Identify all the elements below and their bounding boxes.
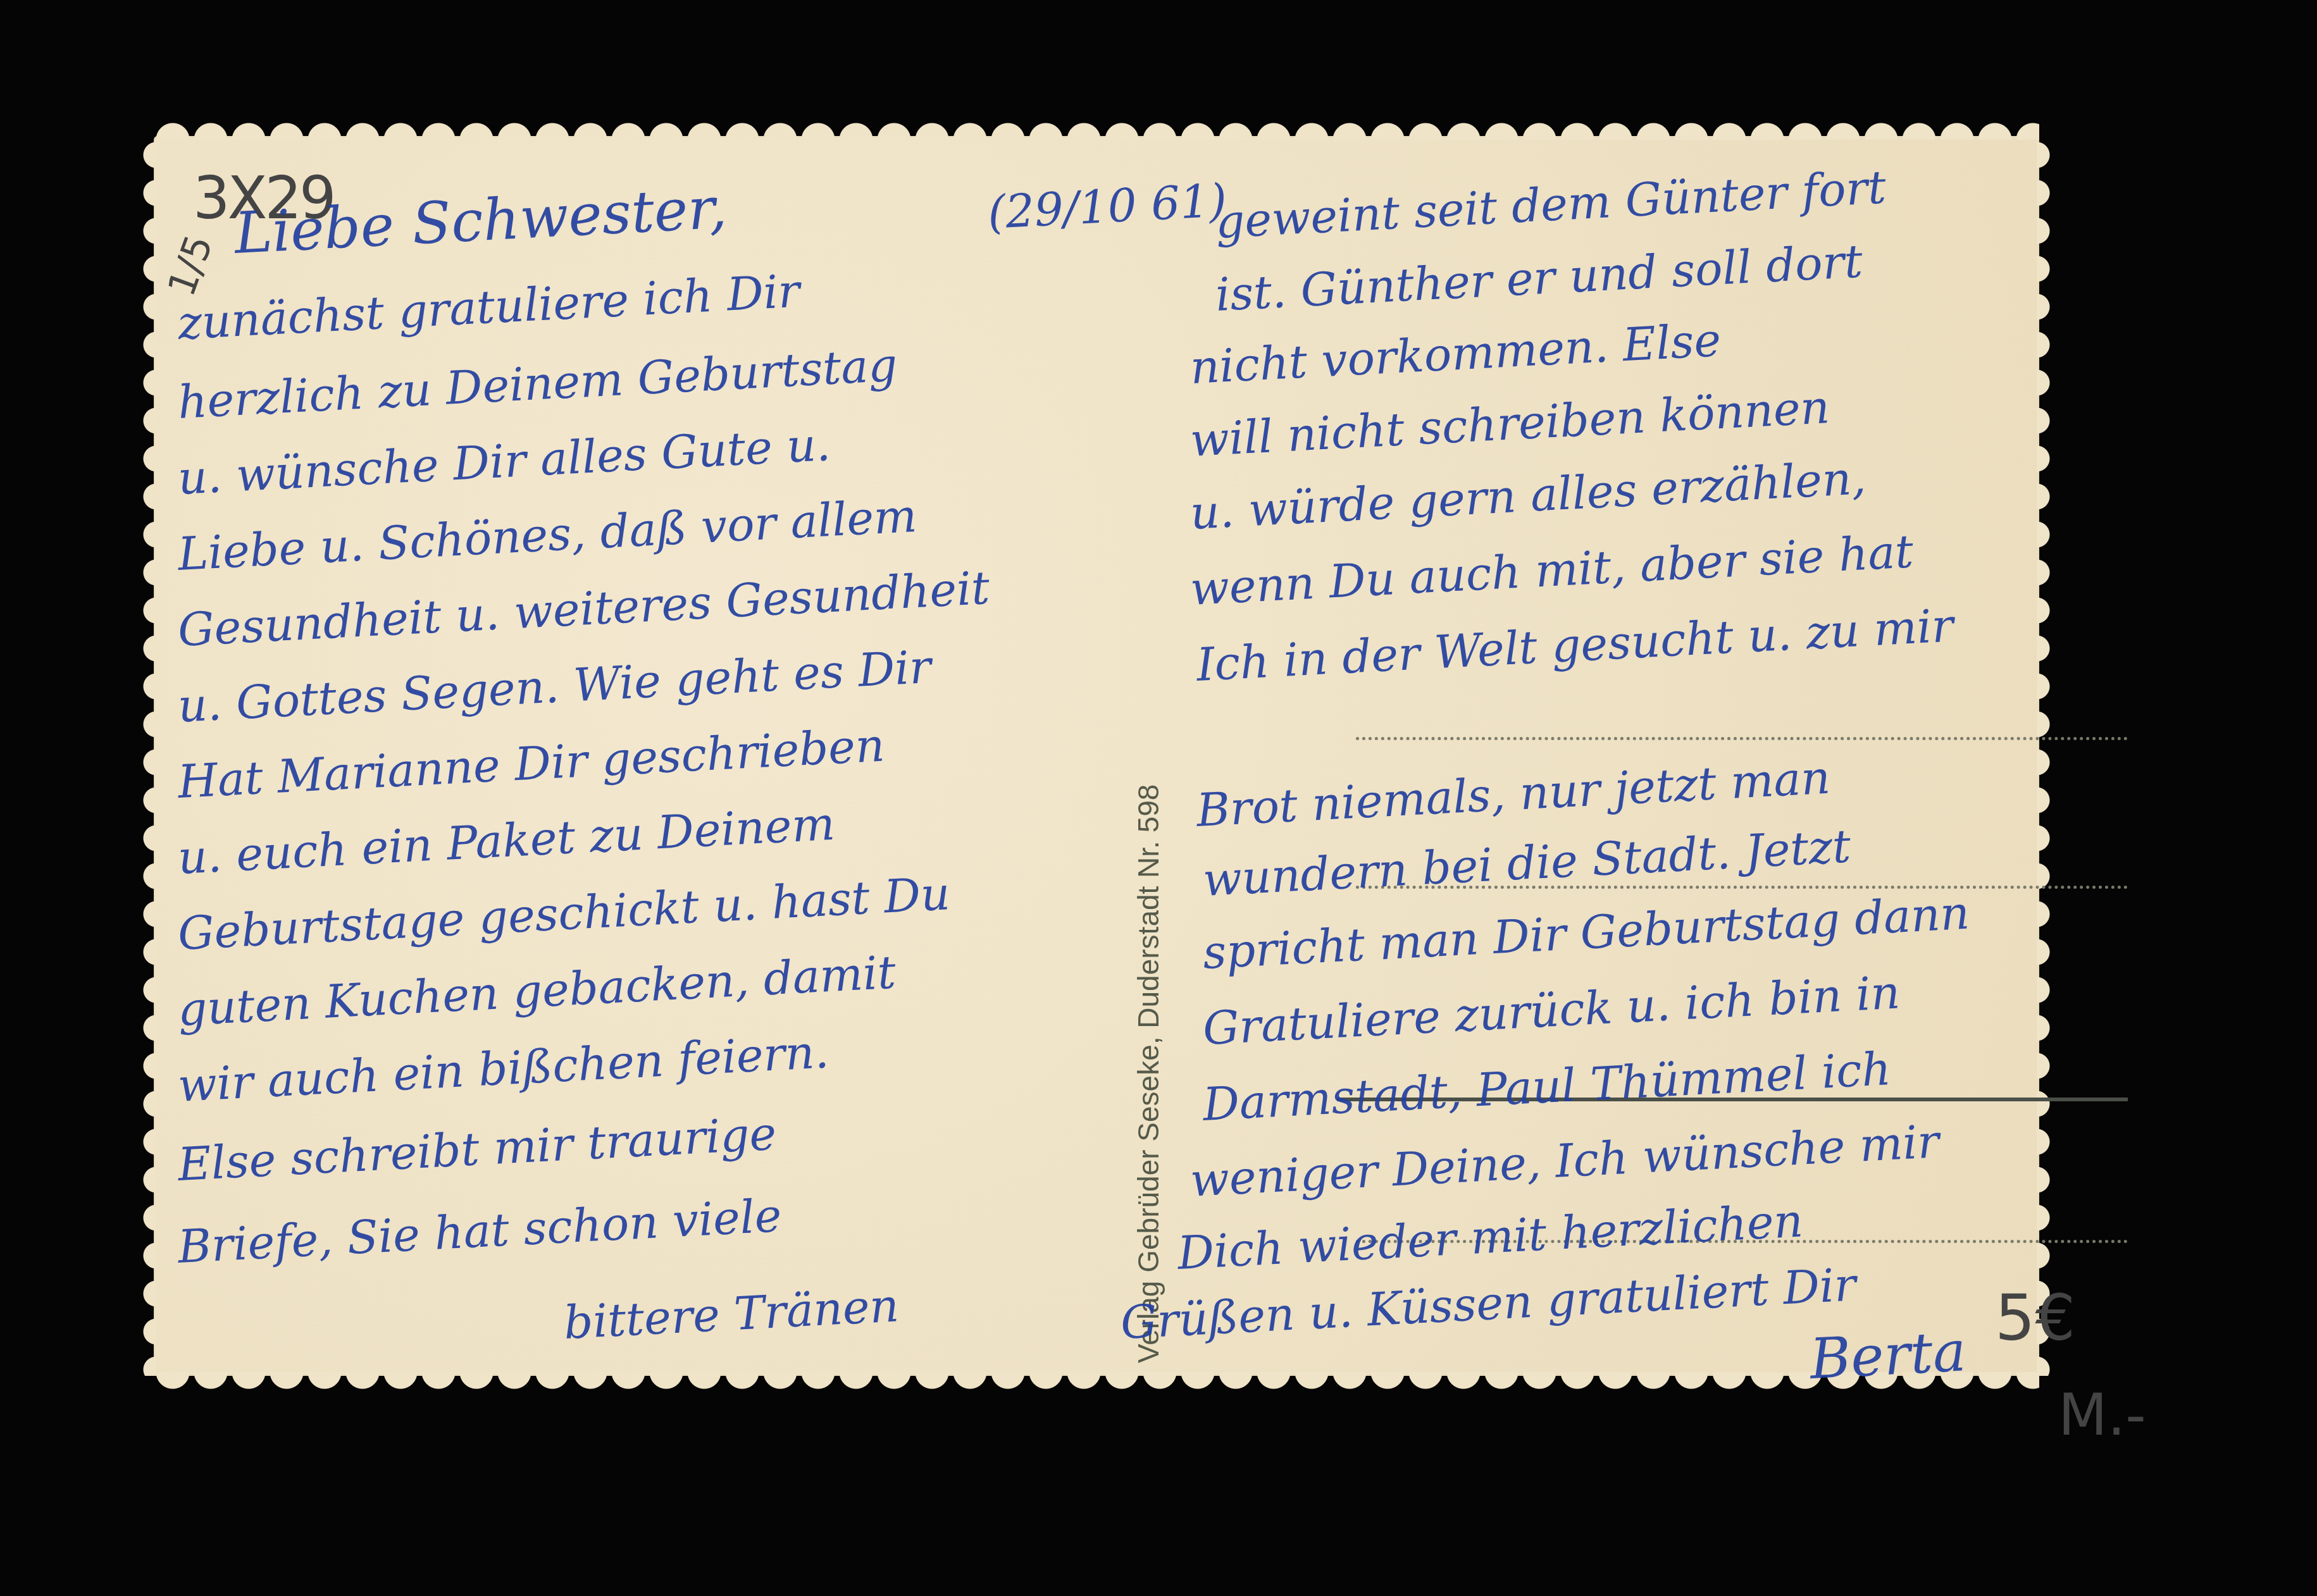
postcard: 3X29 1/5 5€ M.- Verlag Gebrüder Seseke, …	[154, 136, 2039, 1376]
letter-line: herzlich zu Deinem Geburtstag	[177, 342, 898, 425]
card-edge-right	[2037, 136, 2051, 1376]
letter-line: Gratuliere zurück u. ich bin in	[1202, 969, 1901, 1051]
letter-line: guten Kuchen gebacken, damit	[177, 950, 897, 1032]
address-line-1	[1356, 737, 2128, 740]
letter-line: bittere Tränen	[562, 1282, 900, 1345]
margin-mark: 1/5	[159, 230, 222, 302]
letter-line: u. würde gern alles erzählen,	[1189, 455, 1867, 536]
letter-line: geweint seit dem Günter fort	[1214, 164, 1887, 245]
pencil-signature: M.-	[2058, 1382, 2146, 1449]
letter-line: Dich wieder mit herzlichen	[1176, 1197, 1804, 1276]
letter-line: Geburtstage geschickt u. hast Du	[177, 870, 951, 956]
letter-line: will nicht schreiben können	[1189, 384, 1830, 463]
letter-line: u. Gottes Segen. Wie geht es Dir	[177, 644, 932, 729]
letter-line: wundern bei die Stadt. Jetzt	[1202, 823, 1852, 903]
letter-line: u. wünsche Dir alles Gute u.	[177, 421, 831, 501]
letter-line: wenn Du auch mit, aber sie hat	[1189, 528, 1915, 612]
letter-line: weniger Deine, Ich wünsche mir	[1189, 1118, 1940, 1203]
letter-line: Darmstadt, Paul Thümmel ich	[1202, 1046, 1892, 1127]
letter-line: nicht vorkommen. Else	[1189, 317, 1722, 390]
letter-line: wir auch ein bißchen feiern.	[177, 1029, 829, 1108]
letter-line: Brot niemals, nur jetzt man	[1195, 755, 1831, 833]
letter-line: ist. Günther er und soll dort	[1214, 238, 1863, 318]
letter-line: spricht man Dir Geburtstag dann	[1202, 890, 1970, 975]
letter-line: Gesundheit u. weiteres Gesundheit	[177, 565, 990, 653]
card-edge-left	[142, 136, 156, 1376]
letter-line: Briefe, Sie hat schon viele	[177, 1192, 783, 1270]
card-edge-bottom	[154, 1372, 2039, 1390]
signature: Berta	[1808, 1323, 1967, 1387]
letter-line: Liebe u. Schönes, daß vor allem	[177, 493, 918, 577]
letter-line: Ich in der Welt gesucht u. zu mir	[1195, 602, 1954, 688]
card-edge-top	[154, 122, 2039, 140]
publisher-imprint: Verlag Gebrüder Seseke, Duderstadt Nr. 5…	[1131, 784, 1165, 1363]
price-mark: 5€	[1995, 1281, 2075, 1355]
letter-line: Hat Marianne Dir geschrieben	[177, 722, 886, 805]
letter-line: zunächst gratuliere ich Dir	[177, 268, 801, 346]
letter-line: u. euch ein Paket zu Deinem	[177, 801, 836, 881]
letter-line: Else schreibt mir traurige	[177, 1111, 778, 1187]
date: (29/10 61)	[986, 177, 1227, 235]
